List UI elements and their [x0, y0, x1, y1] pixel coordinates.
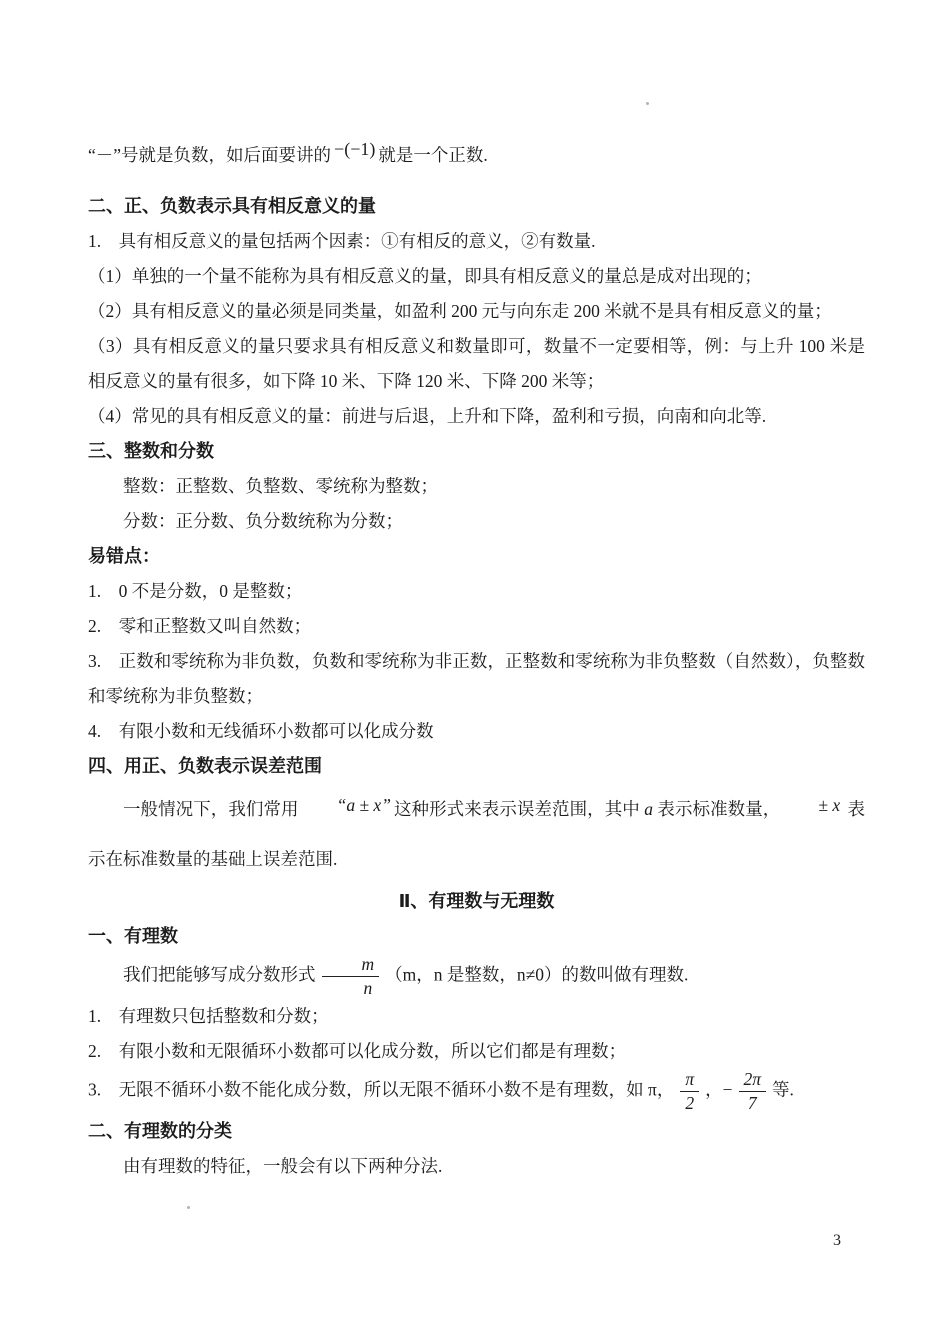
intro-paragraph: “－”号就是负数，如后面要讲的−(−1)就是一个正数.: [88, 138, 865, 173]
opposite-item-1: 1. 具有相反意义的量包括两个因素：①有相反的意义，②有数量.: [88, 224, 865, 259]
fraction-pi-over-2: π2: [680, 1069, 699, 1114]
error-range-text-mid1: 这种形式来表示误差范围，其中: [394, 799, 644, 819]
opposite-point-1: （1）单独的一个量不能称为具有相反意义的量，即具有相反意义的量总是成对出现的；: [88, 259, 865, 294]
page-number: 3: [833, 1232, 841, 1250]
rational-def-text-pre: 我们把能够写成分数形式: [123, 965, 316, 985]
pitfall-4: 4. 有限小数和无线循环小数都可以化成分数: [88, 714, 865, 749]
error-range-text-mid2: 表示标准数量，: [653, 799, 780, 819]
intro-text-post: 就是一个正数.: [378, 145, 487, 165]
section-heading-rational-numbers: 一、有理数: [88, 919, 865, 954]
fraction-denominator: 2: [685, 1092, 694, 1114]
fraction-numerator: π: [680, 1069, 699, 1092]
scan-artifact-dot: [187, 1206, 190, 1209]
error-range-paragraph: 一般情况下，我们常用“a ± x”这种形式来表示误差范围，其中 a 表示标准数量…: [88, 784, 865, 884]
fractions-definition: 分数：正分数、负分数统称为分数；: [88, 504, 865, 539]
rational-item3-text-post: 等.: [772, 1080, 794, 1100]
intro-text-pre: “－”号就是负数，如后面要讲的: [88, 145, 331, 165]
fraction-2pi-over-7: 2π7: [739, 1069, 767, 1114]
rational-item3-text-pre: 3. 无限不循环小数不能化成分数，所以无限不循环小数不是有理数，如 π，: [88, 1080, 674, 1100]
section-heading-opposite-quantities: 二、正、负数表示具有相反意义的量: [88, 189, 865, 224]
negative-of-negative-one-formula: −(−1): [331, 139, 378, 159]
fraction-numerator: m: [322, 954, 380, 977]
integers-definition: 整数：正整数、负整数、零统称为整数；: [88, 469, 865, 504]
rational-item3-separator: ，−: [705, 1080, 732, 1100]
pitfalls-title: 易错点：: [88, 539, 865, 574]
fraction-denominator: 7: [748, 1092, 757, 1114]
part-heading-rational-irrational: Ⅱ、有理数与无理数: [88, 884, 865, 919]
variable-a: a: [644, 799, 653, 819]
section-heading-rational-classification: 二、有理数的分类: [88, 1114, 865, 1149]
rational-definition-paragraph: 我们把能够写成分数形式mn（m，n 是整数，n≠0）的数叫做有理数.: [88, 954, 865, 999]
pitfall-1: 1. 0 不是分数，0 是整数；: [88, 574, 865, 609]
section-heading-integers-fractions: 三、整数和分数: [88, 434, 865, 469]
fraction-numerator: 2π: [739, 1069, 767, 1092]
plus-minus-x-formula: ± x: [780, 780, 843, 830]
rational-item-2: 2. 有限小数和无限循环小数都可以化成分数，所以它们都是有理数；: [88, 1034, 865, 1069]
error-range-text-pre: 一般情况下，我们常用: [123, 799, 299, 819]
document-page: “－”号就是负数，如后面要讲的−(−1)就是一个正数. 二、正、负数表示具有相反…: [0, 0, 950, 1344]
rational-item-3: 3. 无限不循环小数不能化成分数，所以无限不循环小数不是有理数，如 π，π2，−…: [88, 1069, 865, 1114]
classification-paragraph: 由有理数的特征，一般会有以下两种分法.: [88, 1149, 865, 1184]
rational-def-text-post: （m，n 是整数，n≠0）的数叫做有理数.: [385, 965, 688, 985]
pitfall-3: 3. 正数和零统称为非负数，负数和零统称为非正数，正整数和零统称为非负整数（自然…: [88, 644, 865, 714]
fraction-denominator: n: [328, 977, 372, 999]
opposite-point-4: （4）常见的具有相反意义的量：前进与后退，上升和下降，盈利和亏损，向南和向北等.: [88, 399, 865, 434]
opposite-point-2: （2）具有相反意义的量必须是同类量，如盈利 200 元与向东走 200 米就不是…: [88, 294, 865, 329]
opposite-point-3: （3）具有相反意义的量只要求具有相反意义和数量即可，数量不一定要相等，例：与上升…: [88, 329, 865, 399]
section-heading-error-range: 四、用正、负数表示误差范围: [88, 749, 865, 784]
rational-item-1: 1. 有理数只包括整数和分数；: [88, 999, 865, 1034]
fraction-m-over-n: mn: [322, 954, 380, 999]
a-plus-minus-x-formula: “a ± x”: [299, 780, 394, 830]
page-content: “－”号就是负数，如后面要讲的−(−1)就是一个正数. 二、正、负数表示具有相反…: [88, 0, 865, 1184]
pitfall-2: 2. 零和正整数又叫自然数；: [88, 609, 865, 644]
